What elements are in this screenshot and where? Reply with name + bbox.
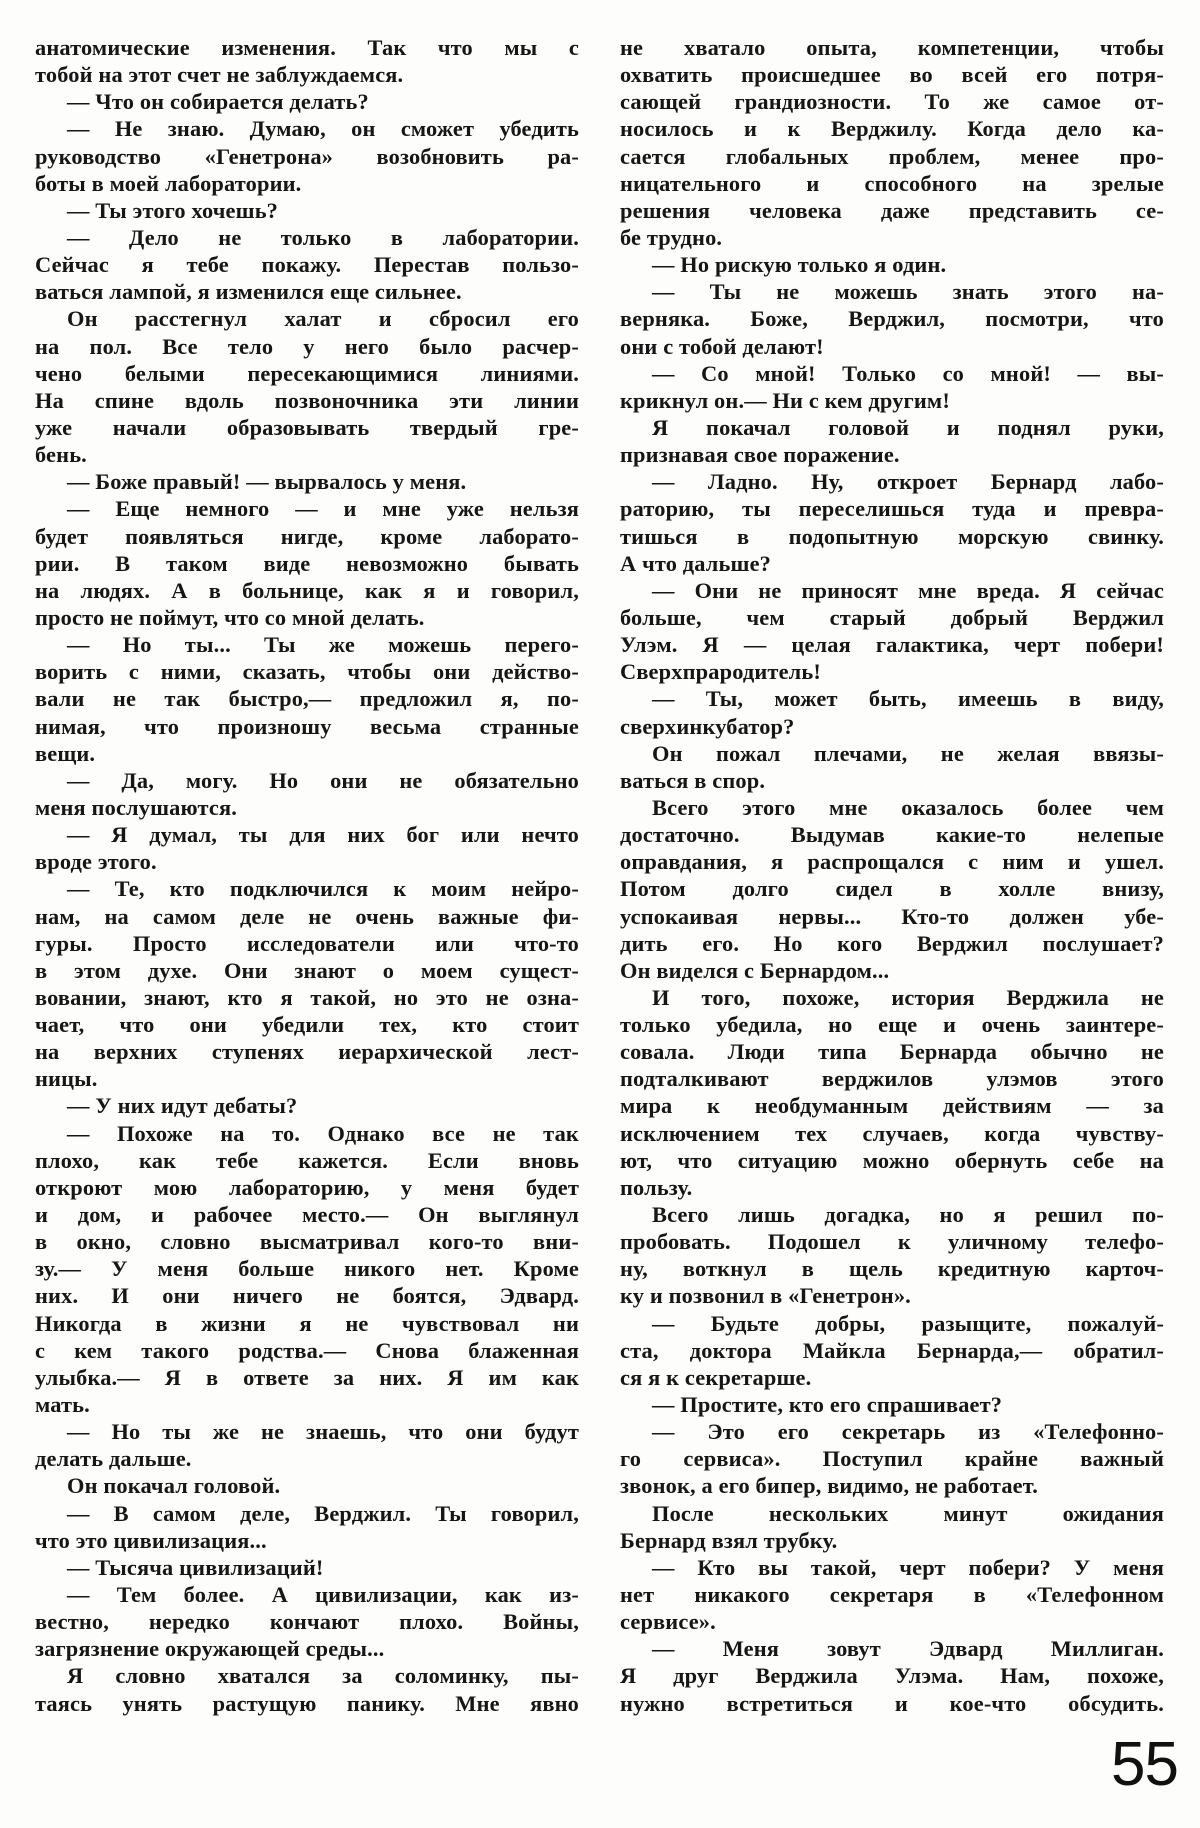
- text-column-left: анатомические изменения. Так что мы стоб…: [35, 34, 579, 1717]
- text-line: ся я к секретарше.: [620, 1364, 1164, 1391]
- text-line: — Ты не можешь знать этого на-: [620, 278, 1164, 305]
- text-line: — Меня зовут Эдвард Миллиган.: [620, 1635, 1164, 1662]
- text-line: ку и позвонил в «Генетрон».: [620, 1282, 1164, 1309]
- paragraph: анатомические изменения. Так что мы стоб…: [35, 34, 579, 88]
- text-line: совала. Люди типа Бернарда обычно не: [620, 1038, 1164, 1065]
- text-line: гуры. Просто исследователи или что-то: [35, 930, 579, 957]
- paragraph: — Простите, кто его спрашивает?: [620, 1391, 1164, 1418]
- paragraph: — Ты этого хочешь?: [35, 197, 579, 224]
- text-line: Сейчас я тебе покажу. Перестав пользо-: [35, 251, 579, 278]
- text-line: подталкивают верджилов улэмов этого: [620, 1065, 1164, 1092]
- text-line: бень.: [35, 441, 579, 468]
- text-line: будет появляться нигде, кроме лаборато-: [35, 523, 579, 550]
- paragraph: Я покачал головой и поднял руки,признава…: [620, 414, 1164, 468]
- paragraph: — Кто вы такой, черт побери? У менянет н…: [620, 1554, 1164, 1635]
- paragraph: — В самом деле, Верджил. Ты говорил,что …: [35, 1500, 579, 1554]
- text-line: тобой на этот счет не заблуждаемся.: [35, 61, 579, 88]
- paragraph: — Не знаю. Думаю, он сможет убедитьруков…: [35, 115, 579, 196]
- text-line: — Они не приносят мне вреда. Я сейчас: [620, 577, 1164, 604]
- paragraph: — Но ты... Ты же можешь перего-ворить с …: [35, 631, 579, 767]
- text-line: на верхних ступенях иерархической лест-: [35, 1038, 579, 1065]
- text-line: ницы.: [35, 1065, 579, 1092]
- text-line: исключением тех случаев, когда чувству-: [620, 1120, 1164, 1147]
- text-line: Я покачал головой и поднял руки,: [620, 414, 1164, 441]
- text-line: — Тысяча цивилизаций!: [35, 1554, 579, 1581]
- paragraph: — Те, кто подключился к моим нейро-нам, …: [35, 875, 579, 1092]
- text-line: — Но ты... Ты же можешь перего-: [35, 631, 579, 658]
- text-line: — Это его секретарь из «Телефонно-: [620, 1418, 1164, 1445]
- paragraph: — Да, могу. Но они не обязательноменя по…: [35, 767, 579, 821]
- paragraph: — Что он собирается делать?: [35, 88, 579, 115]
- book-page: анатомические изменения. Так что мы стоб…: [0, 0, 1200, 1828]
- paragraph: — Но рискую только я один.: [620, 251, 1164, 278]
- paragraph: После нескольких минут ожиданияБернард в…: [620, 1500, 1164, 1554]
- paragraph: — Дело не только в лаборатории.Сейчас я …: [35, 224, 579, 305]
- text-line: чает, что они убедили тех, кто стоит: [35, 1011, 579, 1038]
- text-line: — Да, могу. Но они не обязательно: [35, 767, 579, 794]
- text-line: мира к необдуманным действиям — за: [620, 1092, 1164, 1119]
- text-line: ют, что ситуацию можно обернуть себе на: [620, 1147, 1164, 1174]
- text-line: — Ты, может быть, имеешь в виду,: [620, 685, 1164, 712]
- text-line: успокаивая нервы... Кто-то должен убе-: [620, 903, 1164, 930]
- text-line: чено белыми пересекающимися линиями.: [35, 360, 579, 387]
- text-line: крикнул он.— Ни с кем другим!: [620, 387, 1164, 414]
- text-line: рии. В таком виде невозможно бывать: [35, 550, 579, 577]
- text-line: вали не так быстро,— предложил я, по-: [35, 685, 579, 712]
- paragraph: Я словно хватался за соломинку, пы-таясь…: [35, 1662, 579, 1716]
- text-line: они с тобой делают!: [620, 333, 1164, 360]
- paragraph: — Ты, может быть, имеешь в виду,сверхинк…: [620, 685, 1164, 739]
- paragraph: — Я думал, ты для них бог или нечтовроде…: [35, 821, 579, 875]
- text-line: — Я думал, ты для них бог или нечто: [35, 821, 579, 848]
- text-line: — Будьте добры, разыщите, пожалуй-: [620, 1310, 1164, 1337]
- text-line: тишься в подопытную морскую свинку.: [620, 523, 1164, 550]
- text-line: сающей грандиозности. То же самое от-: [620, 88, 1164, 115]
- text-line: пользу.: [620, 1174, 1164, 1201]
- paragraph: — Похоже на то. Однако все не такплохо, …: [35, 1120, 579, 1419]
- paragraph: И того, похоже, история Верджила нетольк…: [620, 984, 1164, 1201]
- paragraph: — Это его секретарь из «Телефонно-го сер…: [620, 1418, 1164, 1499]
- text-line: — Но рискую только я один.: [620, 251, 1164, 278]
- text-line: — Со мной! Только со мной! — вы-: [620, 360, 1164, 387]
- text-line: оправдания, я распрощался с ним и ушел.: [620, 848, 1164, 875]
- text-line: просто не поймут, что со мной делать.: [35, 604, 579, 631]
- text-line: признавая свое поражение.: [620, 441, 1164, 468]
- text-line: улыбка.— Я в ответе за них. Я им как: [35, 1364, 579, 1391]
- text-line: больше, чем старый добрый Верджил: [620, 604, 1164, 631]
- paragraph: — Тем более. А цивилизации, как из-вестн…: [35, 1581, 579, 1662]
- text-line: Улэм. Я — целая галактика, черт побери!: [620, 631, 1164, 658]
- text-line: После нескольких минут ожидания: [620, 1500, 1164, 1527]
- text-line: не хватало опыта, компетенции, чтобы: [620, 34, 1164, 61]
- text-line: решения человека даже представить се-: [620, 197, 1164, 224]
- text-line: нет никакого секретаря в «Телефонном: [620, 1581, 1164, 1608]
- text-line: вроде этого.: [35, 848, 579, 875]
- text-line: анатомические изменения. Так что мы с: [35, 34, 579, 61]
- paragraph: — Ладно. Ну, откроет Бернард лабо-ратори…: [620, 468, 1164, 577]
- text-line: Всего лишь догадка, но я решил по-: [620, 1201, 1164, 1228]
- paragraph: — Со мной! Только со мной! — вы-крикнул …: [620, 360, 1164, 414]
- paragraph: — Ты не можешь знать этого на-верняка. Б…: [620, 278, 1164, 359]
- text-line: го сервиса». Поступил крайне важный: [620, 1445, 1164, 1472]
- text-line: — Что он собирается делать?: [35, 88, 579, 115]
- text-line: ваться лампой, я изменился еще сильнее.: [35, 278, 579, 305]
- text-line: И того, похоже, история Верджила не: [620, 984, 1164, 1011]
- text-line: — Но ты же не знаешь, что они будут: [35, 1418, 579, 1445]
- paragraph: — Тысяча цивилизаций!: [35, 1554, 579, 1581]
- text-line: них. И они ничего не боятся, Эдвард.: [35, 1282, 579, 1309]
- paragraph: Всего этого мне оказалось более чемдоста…: [620, 794, 1164, 984]
- text-column-right: не хватало опыта, компетенции, чтобыохва…: [620, 34, 1164, 1717]
- text-line: — Простите, кто его спрашивает?: [620, 1391, 1164, 1418]
- text-line: Он расстегнул халат и сбросил его: [35, 305, 579, 332]
- text-line: Сверхпрародитель!: [620, 658, 1164, 685]
- paragraph: — Они не приносят мне вреда. Я сейчасбол…: [620, 577, 1164, 686]
- text-line: раторию, ты переселишься туда и превра-: [620, 495, 1164, 522]
- paragraph: — Боже правый! — вырвалось у меня.: [35, 468, 579, 495]
- text-line: ну, воткнул в щель кредитную карточ-: [620, 1255, 1164, 1282]
- text-line: — Боже правый! — вырвалось у меня.: [35, 468, 579, 495]
- text-line: зу.— У меня больше никого нет. Кроме: [35, 1255, 579, 1282]
- text-line: На спине вдоль позвоночника эти линии: [35, 387, 579, 414]
- paragraph: Всего лишь догадка, но я решил по-пробов…: [620, 1201, 1164, 1310]
- text-line: Бернард взял трубку.: [620, 1527, 1164, 1554]
- paragraph: — Будьте добры, разыщите, пожалуй-ста, д…: [620, 1310, 1164, 1391]
- text-line: боты в моей лаборатории.: [35, 170, 579, 197]
- text-line: что это цивилизация...: [35, 1527, 579, 1554]
- text-line: сается глобальных проблем, менее про-: [620, 143, 1164, 170]
- text-line: — Дело не только в лаборатории.: [35, 224, 579, 251]
- text-line: делать дальше.: [35, 1445, 579, 1472]
- page-number: 55: [1098, 1730, 1178, 1800]
- text-line: достаточно. Выдумав какие-то нелепые: [620, 821, 1164, 848]
- text-line: пробовать. Подошел к уличному телефо-: [620, 1228, 1164, 1255]
- text-line: меня послушаются.: [35, 794, 579, 821]
- text-line: вестно, нередко кончают плохо. Войны,: [35, 1608, 579, 1635]
- paragraph: не хватало опыта, компетенции, чтобыохва…: [620, 34, 1164, 251]
- text-line: нужно встретиться и кое-что обсудить.: [620, 1690, 1164, 1717]
- text-line: в окно, словно высматривал кого-то вни-: [35, 1228, 579, 1255]
- text-line: — Не знаю. Думаю, он сможет убедить: [35, 115, 579, 142]
- text-line: А что дальше?: [620, 550, 1164, 577]
- text-line: сверхинкубатор?: [620, 713, 1164, 740]
- text-line: носилось и к Верджилу. Когда дело ка-: [620, 115, 1164, 142]
- text-line: — Ты этого хочешь?: [35, 197, 579, 224]
- text-line: Никогда в жизни я не чувствовал ни: [35, 1310, 579, 1337]
- text-line: — У них идут дебаты?: [35, 1092, 579, 1119]
- text-line: и дом, и рабочее место.— Он выглянул: [35, 1201, 579, 1228]
- text-line: загрязнение окружающей среды...: [35, 1635, 579, 1662]
- text-line: охватить происшедшее во всей его потря-: [620, 61, 1164, 88]
- text-line: в этом духе. Они знают о моем сущест-: [35, 957, 579, 984]
- text-line: Он пожал плечами, не желая ввязы-: [620, 740, 1164, 767]
- text-line: на людях. А в больнице, как я и говорил,: [35, 577, 579, 604]
- text-line: откроют мою лабораторию, у меня будет: [35, 1174, 579, 1201]
- paragraph: Он пожал плечами, не желая ввязы-ваться …: [620, 740, 1164, 794]
- paragraph: — Еще немного — и мне уже нельзябудет по…: [35, 495, 579, 631]
- text-line: — Еще немного — и мне уже нельзя: [35, 495, 579, 522]
- text-line: ста, доктора Майкла Бернарда,— обратил-: [620, 1337, 1164, 1364]
- text-line: бе трудно.: [620, 224, 1164, 251]
- text-line: Всего этого мне оказалось более чем: [620, 794, 1164, 821]
- text-line: звонок, а его бипер, видимо, не работает…: [620, 1472, 1164, 1499]
- text-line: нимая, что произношу весьма странные: [35, 713, 579, 740]
- text-line: ницательного и способного на зрелые: [620, 170, 1164, 197]
- text-line: руководство «Генетрона» возобновить ра-: [35, 143, 579, 170]
- text-line: ворить с ними, сказать, чтобы они действ…: [35, 658, 579, 685]
- text-line: Я словно хватался за соломинку, пы-: [35, 1662, 579, 1689]
- text-line: вовании, знают, кто я такой, но это не о…: [35, 984, 579, 1011]
- text-line: вещи.: [35, 740, 579, 767]
- text-line: — В самом деле, Верджил. Ты говорил,: [35, 1500, 579, 1527]
- text-line: — Кто вы такой, черт побери? У меня: [620, 1554, 1164, 1581]
- text-line: — Тем более. А цивилизации, как из-: [35, 1581, 579, 1608]
- text-line: — Ладно. Ну, откроет Бернард лабо-: [620, 468, 1164, 495]
- text-line: мать.: [35, 1391, 579, 1418]
- text-line: только убедила, но еще и очень заинтере-: [620, 1011, 1164, 1038]
- paragraph: — У них идут дебаты?: [35, 1092, 579, 1119]
- paragraph: Он покачал головой.: [35, 1472, 579, 1499]
- text-line: Он виделся с Бернардом...: [620, 957, 1164, 984]
- paragraph: Он расстегнул халат и сбросил егона пол.…: [35, 305, 579, 468]
- text-line: Он покачал головой.: [35, 1472, 579, 1499]
- text-line: — Похоже на то. Однако все не так: [35, 1120, 579, 1147]
- text-line: уже начали образовывать твердый гре-: [35, 414, 579, 441]
- text-line: нам, на самом деле не очень важные фи-: [35, 903, 579, 930]
- text-line: плохо, как тебе кажется. Если вновь: [35, 1147, 579, 1174]
- paragraph: — Меня зовут Эдвард Миллиган.Я друг Верд…: [620, 1635, 1164, 1716]
- text-line: ваться в спор.: [620, 767, 1164, 794]
- text-line: Потом долго сидел в холле внизу,: [620, 875, 1164, 902]
- text-line: сервисе».: [620, 1608, 1164, 1635]
- paragraph: — Но ты же не знаешь, что они будутделат…: [35, 1418, 579, 1472]
- text-line: — Те, кто подключился к моим нейро-: [35, 875, 579, 902]
- text-line: верняка. Боже, Верджил, посмотри, что: [620, 305, 1164, 332]
- text-line: с кем такого родства.— Снова блаженная: [35, 1337, 579, 1364]
- text-line: Я друг Верджила Улэма. Нам, похоже,: [620, 1662, 1164, 1689]
- text-line: дить его. Но кого Верджил послушает?: [620, 930, 1164, 957]
- text-line: таясь унять растущую панику. Мне явно: [35, 1690, 579, 1717]
- text-line: на пол. Все тело у него было расчер-: [35, 333, 579, 360]
